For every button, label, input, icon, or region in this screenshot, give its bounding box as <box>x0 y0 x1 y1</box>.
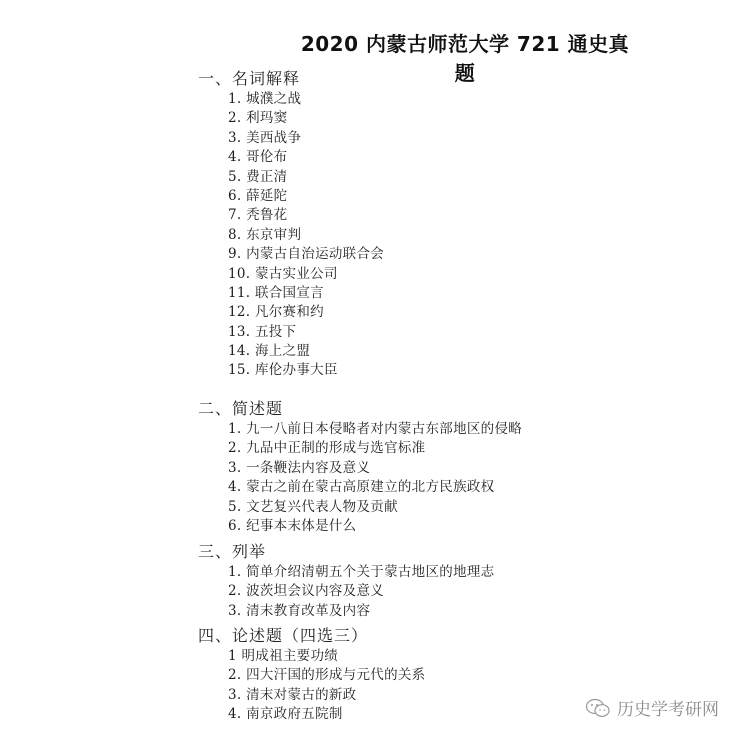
list-item: 2. 四大汗国的形成与元代的关系 <box>228 666 425 685</box>
list-item: 14. 海上之盟 <box>228 342 384 361</box>
watermark-text: 历史学考研网 <box>617 695 719 720</box>
list-item: 5. 文艺复兴代表人物及贡献 <box>228 498 522 517</box>
list-item: 9. 内蒙古自治运动联合会 <box>228 245 384 264</box>
list-item: 5. 费正清 <box>228 168 384 187</box>
list-item: 3. 一条鞭法内容及意义 <box>228 459 522 478</box>
section-noun-explanation: 一、名词解释 1. 城濮之战 2. 利玛窦 3. 美西战争 4. 哥伦布 5. … <box>198 68 384 381</box>
list-item: 2. 波茨坦会议内容及意义 <box>228 582 494 601</box>
list-item: 4. 哥伦布 <box>228 148 384 167</box>
section-heading: 一、名词解释 <box>198 68 384 90</box>
list-item: 3. 清末教育改革及内容 <box>228 602 494 621</box>
list-item: 2. 利玛窦 <box>228 109 384 128</box>
list-item: 7. 秃鲁花 <box>228 206 384 225</box>
question-list: 1. 简单介绍清朝五个关于蒙古地区的地理志 2. 波茨坦会议内容及意义 3. 清… <box>198 563 494 621</box>
list-item: 6. 纪事本末体是什么 <box>228 517 522 536</box>
list-item: 12. 凡尔赛和约 <box>228 303 384 322</box>
question-list: 1. 九一八前日本侵略者对内蒙古东部地区的侵略 2. 九品中正制的形成与选官标准… <box>198 420 522 536</box>
list-item: 13. 五投下 <box>228 323 384 342</box>
section-enumeration: 三、列举 1. 简单介绍清朝五个关于蒙古地区的地理志 2. 波茨坦会议内容及意义… <box>198 541 494 621</box>
list-item: 10. 蒙古实业公司 <box>228 265 384 284</box>
wechat-icon <box>585 698 611 718</box>
list-item: 11. 联合国宣言 <box>228 284 384 303</box>
list-item: 4. 南京政府五院制 <box>228 705 425 724</box>
question-list: 1 明成祖主要功绩 2. 四大汗国的形成与元代的关系 3. 清末对蒙古的新政 4… <box>198 647 425 725</box>
section-heading: 三、列举 <box>198 541 494 563</box>
section-short-answer: 二、简述题 1. 九一八前日本侵略者对内蒙古东部地区的侵略 2. 九品中正制的形… <box>198 398 522 536</box>
list-item: 15. 库伦办事大臣 <box>228 361 384 380</box>
question-list: 1. 城濮之战 2. 利玛窦 3. 美西战争 4. 哥伦布 5. 费正清 6. … <box>198 90 384 381</box>
list-item: 3. 美西战争 <box>228 129 384 148</box>
list-item: 1. 简单介绍清朝五个关于蒙古地区的地理志 <box>228 563 494 582</box>
list-item: 8. 东京审判 <box>228 226 384 245</box>
list-item: 1. 城濮之战 <box>228 90 384 109</box>
section-essay: 四、论述题（四选三） 1 明成祖主要功绩 2. 四大汗国的形成与元代的关系 3.… <box>198 625 425 725</box>
section-heading: 二、简述题 <box>198 398 522 420</box>
watermark: 历史学考研网 <box>585 695 719 720</box>
list-item: 4. 蒙古之前在蒙古高原建立的北方民族政权 <box>228 478 522 497</box>
section-heading: 四、论述题（四选三） <box>198 625 425 647</box>
list-item: 1. 九一八前日本侵略者对内蒙古东部地区的侵略 <box>228 420 522 439</box>
list-item: 1 明成祖主要功绩 <box>228 647 425 666</box>
list-item: 3. 清末对蒙古的新政 <box>228 686 425 705</box>
list-item: 2. 九品中正制的形成与选官标准 <box>228 439 522 458</box>
list-item: 6. 薛延陀 <box>228 187 384 206</box>
